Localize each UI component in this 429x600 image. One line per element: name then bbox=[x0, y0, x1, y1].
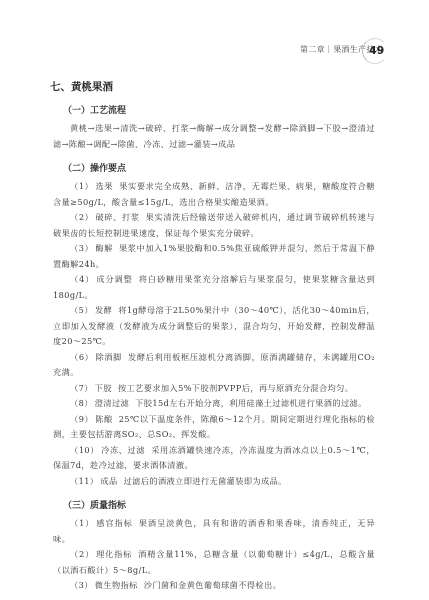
item-label: 微生物指标 bbox=[95, 580, 138, 590]
operation-item: （8）澄清过滤下胶15d左右开始分离，利用硅藻土过滤机进行果酒的过滤。 bbox=[53, 396, 375, 412]
item-label: 澄清过滤 bbox=[95, 398, 129, 408]
item-label: 发酵 bbox=[95, 305, 112, 315]
page-number-badge: 49 bbox=[362, 38, 390, 64]
item-label: 理化指标 bbox=[96, 549, 132, 559]
subsection-title-operation-points: （二）操作要点 bbox=[63, 162, 375, 176]
operation-item: （4）成分调整将白砂糖用果浆充分溶解后与果浆混匀，使果浆糖含量达到180g/L。 bbox=[53, 272, 375, 303]
page-number: 49 bbox=[369, 44, 384, 57]
item-label: 成品 bbox=[100, 476, 117, 486]
subsection-title-process-flow: （一）工艺流程 bbox=[63, 104, 375, 118]
section-title: 七、黄桃果酒 bbox=[50, 80, 375, 94]
operation-item: （9）陈酿25℃以下温度条件，陈酿6～12个月。期间定期进行理化指标的检测，主要… bbox=[53, 412, 375, 443]
item-label: 下胶 bbox=[95, 383, 112, 393]
page-content: 七、黄桃果酒 （一）工艺流程 黄桃→选果→清洗→破碎、打浆→酶解→成分调整→发酵… bbox=[53, 80, 375, 594]
item-label: 酶解 bbox=[95, 243, 113, 253]
quality-item: （1）感官指标果酒呈淡黄色，具有和谐的酒香和果香味，清香纯正，无异味。 bbox=[53, 516, 375, 547]
item-text: 按工艺要求加入5%下胶剂PVPP后，再与原酒充分混合均匀。 bbox=[118, 383, 353, 393]
operation-item: （2）破碎、打浆果实清洗后经输送带送入破碎机内，通过调节破碎机转速与破果齿的长短… bbox=[53, 210, 375, 241]
operation-item: （1）选果果实要求完全成熟、新鲜、洁净，无霉烂果、病果，糖酸度符合糖含量≥50g… bbox=[53, 179, 375, 210]
operation-item: （3）酶解果浆中加入1%果胶酶和0.5%焦亚硫酸钾并混匀，然后于常温下静置酶解2… bbox=[53, 241, 375, 272]
item-label: 成分调整 bbox=[96, 274, 132, 284]
operation-item: （11）成品过滤后的酒液立即进行无菌灌装即为成品。 bbox=[53, 474, 375, 490]
subsection-title-quality-indicators: （三）质量指标 bbox=[63, 499, 375, 513]
process-flow-text: 黄桃→选果→清洗→破碎、打浆→酶解→成分调整→发酵→除酒脚→下胶→澄清过滤→陈酿… bbox=[53, 121, 375, 152]
quality-item: （2）理化指标酒精含量11%，总糖含量（以葡萄糖计）≤4g/L，总酸含量（以酒石… bbox=[53, 547, 375, 578]
quality-item: （3）微生物指标沙门菌和金黄色葡萄球菌不得检出。 bbox=[53, 578, 375, 594]
operation-item: （10）冷冻、过滤采用冻酒罐快速冷冻，冷冻温度为酒冰点以上0.5～1℃，保温7d… bbox=[53, 443, 375, 474]
item-label: 感官指标 bbox=[96, 518, 132, 528]
item-label: 选果 bbox=[96, 181, 114, 191]
item-text: 沙门菌和金黄色葡萄球菌不得检出。 bbox=[144, 580, 281, 590]
item-label: 除酒脚 bbox=[96, 352, 122, 362]
item-label: 破碎、打浆 bbox=[96, 212, 140, 222]
item-text: 下胶15d左右开始分离，利用硅藻土过滤机进行果酒的过滤。 bbox=[135, 398, 367, 408]
item-text: 过滤后的酒液立即进行无菌灌装即为成品。 bbox=[124, 476, 287, 486]
item-label: 陈酿 bbox=[95, 414, 112, 424]
operation-item: （6）除酒脚发酵后利用板框压滤机分离酒脚，原酒满罐储存，未满罐用CO₂充满。 bbox=[53, 350, 375, 381]
item-label: 冷冻、过滤 bbox=[101, 445, 145, 455]
operation-item: （7）下胶按工艺要求加入5%下胶剂PVPP后，再与原酒充分混合均匀。 bbox=[53, 381, 375, 397]
operation-item: （5）发酵将1g酵母溶于2L50%果汁中（30～40℃），活化30～40min后… bbox=[53, 303, 375, 350]
